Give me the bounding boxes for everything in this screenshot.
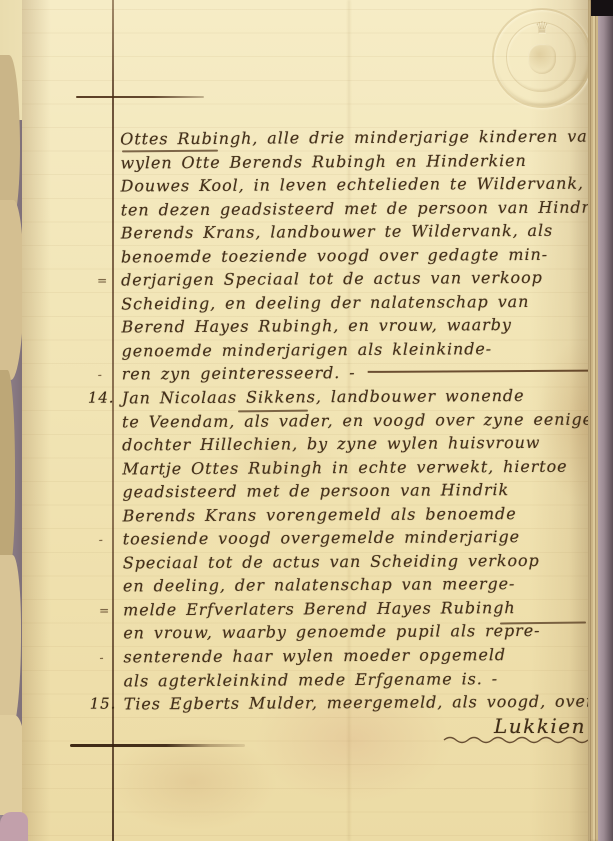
- manuscript-line: Berend Hayes Rubingh, en vrouw, waarby: [121, 315, 591, 341]
- manuscript-line-text: te Veendam, als vader, en voogd over zyn…: [122, 409, 593, 431]
- manuscript-line: Martje Ottes Rubingh in echte verwekt, h…: [122, 456, 592, 482]
- manuscript-line: - senterende haar wylen moeder opgemeld: [123, 645, 593, 671]
- manuscript-line-text: ren zyn geinteresseerd. -: [122, 363, 356, 383]
- notary-signature: Lukkien: [494, 714, 592, 738]
- manuscript-line: - toesiende voogd overgemelde minderjari…: [123, 527, 593, 553]
- ink-rule: [368, 370, 590, 373]
- manuscript-line: Scheiding, en deeling der nalatenschap v…: [121, 291, 591, 317]
- page-stack-edge: [588, 0, 598, 841]
- manuscript-line-text: geadsisteerd met de persoon van Hindrik: [122, 480, 509, 501]
- manuscript-line-text: Berends Krans vorengemeld als benoemde: [123, 504, 517, 525]
- manuscript-line-text: benoemde toeziende voogd over gedagte mi…: [121, 245, 548, 267]
- manuscript-line: te Veendam, als vader, en voogd over zyn…: [122, 409, 592, 435]
- margin-rule-line: [112, 0, 114, 841]
- manuscript-line: dochter Hillechien, by zyne wylen huisvr…: [122, 433, 592, 459]
- manuscript-text: Ottes Rubingh, alle drie minderjarige ki…: [120, 127, 594, 719]
- manuscript-line: benoemde toeziende voogd over gedagte mi…: [121, 244, 591, 270]
- manuscript-line-text: Speciaal tot de actus van Scheiding verk…: [123, 551, 540, 573]
- margin-mark: -: [99, 651, 104, 665]
- manuscript-line: Speciaal tot de actus van Scheiding verk…: [123, 550, 593, 576]
- manuscript-line-text: senterende haar wylen moeder opgemeld: [123, 645, 506, 666]
- manuscript-line: Berends Krans vorengemeld als benoemde: [123, 503, 593, 529]
- manuscript-line-text: Ties Egberts Mulder, meergemeld, als voo…: [124, 692, 599, 714]
- manuscript-line-text: als agterkleinkind mede Erfgename is. -: [124, 669, 499, 690]
- manuscript-line-text: wylen Otte Berends Rubingh en Hinderkien: [120, 151, 526, 172]
- right-backdrop: [598, 0, 613, 841]
- manuscript-line: = derjarigen Speciaal tot de actus van v…: [121, 268, 591, 294]
- margin-mark: =: [99, 603, 110, 617]
- manuscript-line: - ren zyn geinteresseerd. -: [122, 362, 592, 388]
- manuscript-line: als agterkleinkind mede Erfgename is. -: [124, 668, 594, 694]
- manuscript-scan-page: ♛ Ottes Rubingh, alle drie minderjarige …: [0, 0, 613, 841]
- manuscript-line-text: dochter Hillechien, by zyne wylen huisvr…: [122, 433, 540, 455]
- manuscript-line: en deeling, der nalatenschap van meerge-: [123, 574, 593, 600]
- manuscript-line: = melde Erfverlaters Berend Hayes Rubing…: [123, 597, 593, 623]
- embossed-seal-icon: ♛: [492, 8, 592, 108]
- entry-number: 14.: [88, 388, 115, 406]
- manuscript-line: en vrouw, waarby genoemde pupil als repr…: [123, 621, 593, 647]
- manuscript-line-text: Martje Ottes Rubingh in echte verwekt, h…: [122, 456, 567, 478]
- manuscript-line-text: genoemde minderjarigen als kleinkinde-: [122, 339, 493, 360]
- manuscript-line-text: Douwes Kool, in leven echtelieden te Wil…: [120, 174, 583, 196]
- manuscript-line-text: en vrouw, waarby genoemde pupil als repr…: [123, 621, 540, 643]
- manuscript-line: ten dezen geadsisteerd met de persoon va…: [121, 197, 591, 223]
- manuscript-line-text: ten dezen geadsisteerd met de persoon va…: [121, 197, 607, 219]
- manuscript-line-text: Berend Hayes Rubingh, en vrouw, waarby: [121, 315, 511, 336]
- manuscript-line-text: Jan Nicolaas Sikkens, landbouwer wonende: [122, 386, 525, 407]
- seal-coat-of-arms: [528, 44, 556, 74]
- underpage-edge: [0, 370, 15, 570]
- scan-corner-black: [591, 0, 613, 16]
- scan-corner-pink: [0, 812, 28, 841]
- manuscript-line-text: en deeling, der nalatenschap van meerge-: [123, 574, 515, 595]
- margin-mark: =: [97, 274, 108, 288]
- section-divider-top: [76, 96, 204, 98]
- signature-row: Lukkien: [122, 714, 592, 745]
- entry-number: 15.: [90, 695, 117, 713]
- margin-mark: -: [98, 368, 103, 382]
- manuscript-line-text: derjarigen Speciaal tot de actus van ver…: [121, 268, 543, 290]
- manuscript-line: Douwes Kool, in leven echtelieden te Wil…: [120, 174, 590, 200]
- manuscript-line: genoemde minderjarigen als kleinkinde-: [122, 338, 592, 364]
- manuscript-line-text: Berends Krans, landbouwer te Wildervank,…: [121, 221, 553, 243]
- manuscript-line-text: Scheiding, en deeling der nalatenschap v…: [121, 292, 529, 313]
- manuscript-line: wylen Otte Berends Rubingh en Hinderkien: [120, 150, 590, 176]
- manuscript-line: Berends Krans, landbouwer te Wildervank,…: [121, 221, 591, 247]
- manuscript-line-text: melde Erfverlaters Berend Hayes Rubingh: [123, 598, 516, 619]
- seal-crown-icon: ♛: [494, 18, 590, 37]
- margin-mark: -: [99, 533, 104, 547]
- manuscript-line: geadsisteerd met de persoon van Hindrik: [122, 480, 592, 506]
- manuscript-line: 14. Jan Nicolaas Sikkens, landbouwer won…: [122, 386, 592, 412]
- manuscript-line-text: toesiende voogd overgemelde minderjarige: [123, 527, 520, 548]
- manuscript-line-text: Ottes Rubingh, alle drie minderjarige ki…: [120, 127, 599, 149]
